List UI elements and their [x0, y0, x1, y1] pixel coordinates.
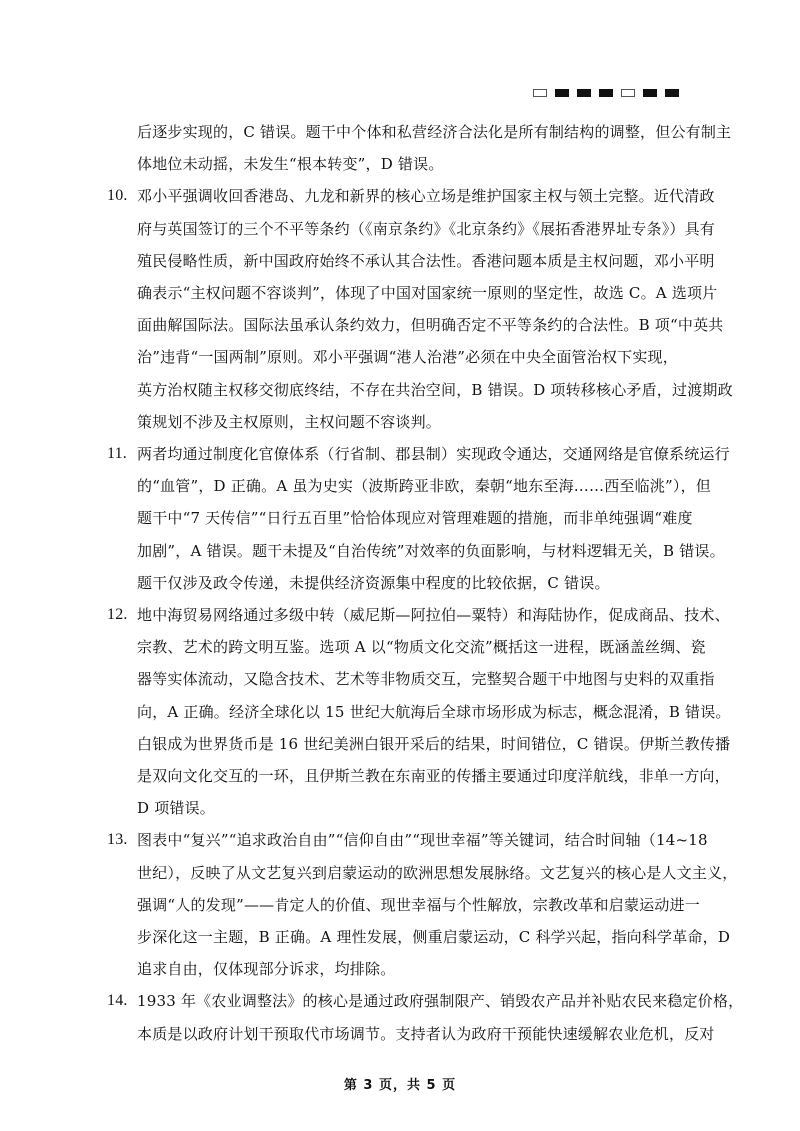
- item-body: 两者均通过制度化官僚体系（行省制、郡县制）实现政令通达，交通网络是官僚系统运行 …: [137, 438, 730, 599]
- continued-paragraph: 后逐步实现的，C 错误。题干中个体和私营经济合法化是所有制结构的调整，但公有制主…: [107, 116, 687, 180]
- answer-item-12: 12. 地中海贸易网络通过多级中转（威尼斯—阿拉伯—粟特）和海陆协作，促成商品、…: [107, 599, 687, 824]
- text-line: 府与英国签订的三个不平等条约（《南京条约》《北京条约》《展拓香港界址专条》）具有: [137, 213, 733, 245]
- item-number: 10.: [107, 180, 137, 438]
- header-mark-filled: [577, 89, 591, 97]
- answer-item-10: 10. 邓小平强调收回香港岛、九龙和新界的核心立场是维护国家主权与领土完整。近代…: [107, 180, 687, 438]
- text-line: 宗教、艺术的跨文明互鉴。选项 A 以“物质文化交流”概括这一进程，既涵盖丝绸、瓷: [137, 631, 731, 663]
- header-mark-filled: [555, 89, 569, 97]
- text-line: 邓小平强调收回香港岛、九龙和新界的核心立场是维护国家主权与领土完整。近代清政: [137, 180, 733, 212]
- text-line: 题干仅涉及政令传递，未提供经济资源集中程度的比较依据，C 错误。: [137, 567, 730, 599]
- text-line: 白银成为世界货币是 16 世纪美洲白银开采后的结果，时间错位，C 错误。伊斯兰教…: [137, 728, 731, 760]
- answer-item-11: 11. 两者均通过制度化官僚体系（行省制、郡县制）实现政令通达，交通网络是官僚系…: [107, 438, 687, 599]
- text-line: 殖民侵略性质，新中国政府始终不承认其合法性。香港问题本质是主权问题，邓小平明: [137, 245, 733, 277]
- text-line: 后逐步实现的，C 错误。题干中个体和私营经济合法化是所有制结构的调整，但公有制主: [137, 116, 687, 148]
- text-line: 追求自由，仅体现部分诉求，均排除。: [137, 953, 738, 985]
- item-body: 1933 年《农业调整法》的核心是通过政府强制限产、销毁农产品并补贴农民来稳定价…: [137, 985, 743, 1049]
- item-body: 邓小平强调收回香港岛、九龙和新界的核心立场是维护国家主权与领土完整。近代清政 府…: [137, 180, 733, 438]
- text-line: 强调“人的发现”——肯定人的价值、现世幸福与个性解放，宗教改革和启蒙运动进一: [137, 889, 738, 921]
- text-line: 加剧”，A 错误。题干未提及“自治传统”对效率的负面影响，与材料逻辑无关，B 错…: [137, 535, 730, 567]
- text-line: 题干中“7 天传信”“日行五百里”恰恰体现应对管理难题的措施，而非单纯强调“难度: [137, 502, 730, 534]
- text-line: 的“血管”，D 正确。A 虽为史实（波斯跨亚非欧，秦朝“地东至海……西至临洮”）…: [137, 470, 730, 502]
- text-line: 是双向文化交互的一环，且伊斯兰教在东南亚的传播主要通过印度洋航线，非单一方向，: [137, 760, 731, 792]
- item-body: 图表中“复兴”“追求政治自由”“信仰自由”“现世幸福”等关键词，结合时间轴（14…: [137, 824, 738, 985]
- item-number: 12.: [107, 599, 137, 824]
- text-line: D 项错误。: [137, 792, 731, 824]
- text-line: 策规划不涉及主权原则，主权问题不容谈判。: [137, 406, 733, 438]
- text-line: 步深化这一主题，B 正确。A 理性发展，侧重启蒙运动，C 科学兴起，指向科学革命…: [137, 921, 738, 953]
- item-number: 14.: [107, 985, 137, 1049]
- answer-explanations: 后逐步实现的，C 错误。题干中个体和私营经济合法化是所有制结构的调整，但公有制主…: [107, 116, 687, 1050]
- answer-item-13: 13. 图表中“复兴”“追求政治自由”“信仰自由”“现世幸福”等关键词，结合时间…: [107, 824, 687, 985]
- page-number: 第 3 页，共 5 页: [0, 1074, 800, 1093]
- text-line: 向，A 正确。经济全球化以 15 世纪大航海后全球市场形成为标志，概念混淆，B …: [137, 696, 731, 728]
- header-mark-empty: [533, 89, 547, 97]
- text-line: 本质是以政府计划干预取代市场调节。支持者认为政府干预能快速缓解农业危机，反对: [137, 1018, 743, 1050]
- header-mark-filled: [643, 89, 657, 97]
- exam-header-marks: [533, 89, 679, 97]
- text-line: 治”违背“一国两制”原则。邓小平强调“港人治港”必须在中央全面管治权下实现，: [137, 341, 733, 373]
- text-line: 英方治权随主权移交彻底终结，不存在共治空间，B 错误。D 项转移核心矛盾，过渡期…: [137, 374, 733, 406]
- text-line: 确表示“主权问题不容谈判”，体现了中国对国家统一原则的坚定性，故选 C。A 选项…: [137, 277, 733, 309]
- item-number: 13.: [107, 824, 137, 985]
- text-line: 图表中“复兴”“追求政治自由”“信仰自由”“现世幸福”等关键词，结合时间轴（14…: [137, 824, 738, 856]
- header-mark-empty: [621, 89, 635, 97]
- header-mark-filled: [665, 89, 679, 97]
- text-line: 面曲解国际法。国际法虽承认条约效力，但明确否定不平等条约的合法性。B 项“中英共: [137, 309, 733, 341]
- text-line: 1933 年《农业调整法》的核心是通过政府强制限产、销毁农产品并补贴农民来稳定价…: [137, 985, 743, 1017]
- text-line: 地中海贸易网络通过多级中转（威尼斯—阿拉伯—粟特）和海陆协作，促成商品、技术、: [137, 599, 731, 631]
- text-line: 两者均通过制度化官僚体系（行省制、郡县制）实现政令通达，交通网络是官僚系统运行: [137, 438, 730, 470]
- item-number: 11.: [107, 438, 137, 599]
- text-line: 器等实体流动，又隐含技术、艺术等非物质交互，完整契合题干中地图与史料的双重指: [137, 663, 731, 695]
- item-body: 地中海贸易网络通过多级中转（威尼斯—阿拉伯—粟特）和海陆协作，促成商品、技术、 …: [137, 599, 731, 824]
- header-mark-filled: [599, 89, 613, 97]
- text-line: 体地位未动摇，未发生“根本转变”，D 错误。: [137, 148, 687, 180]
- text-line: 世纪），反映了从文艺复兴到启蒙运动的欧洲思想发展脉络。文艺复兴的核心是人文主义，: [137, 857, 738, 889]
- answer-item-14: 14. 1933 年《农业调整法》的核心是通过政府强制限产、销毁农产品并补贴农民…: [107, 985, 687, 1049]
